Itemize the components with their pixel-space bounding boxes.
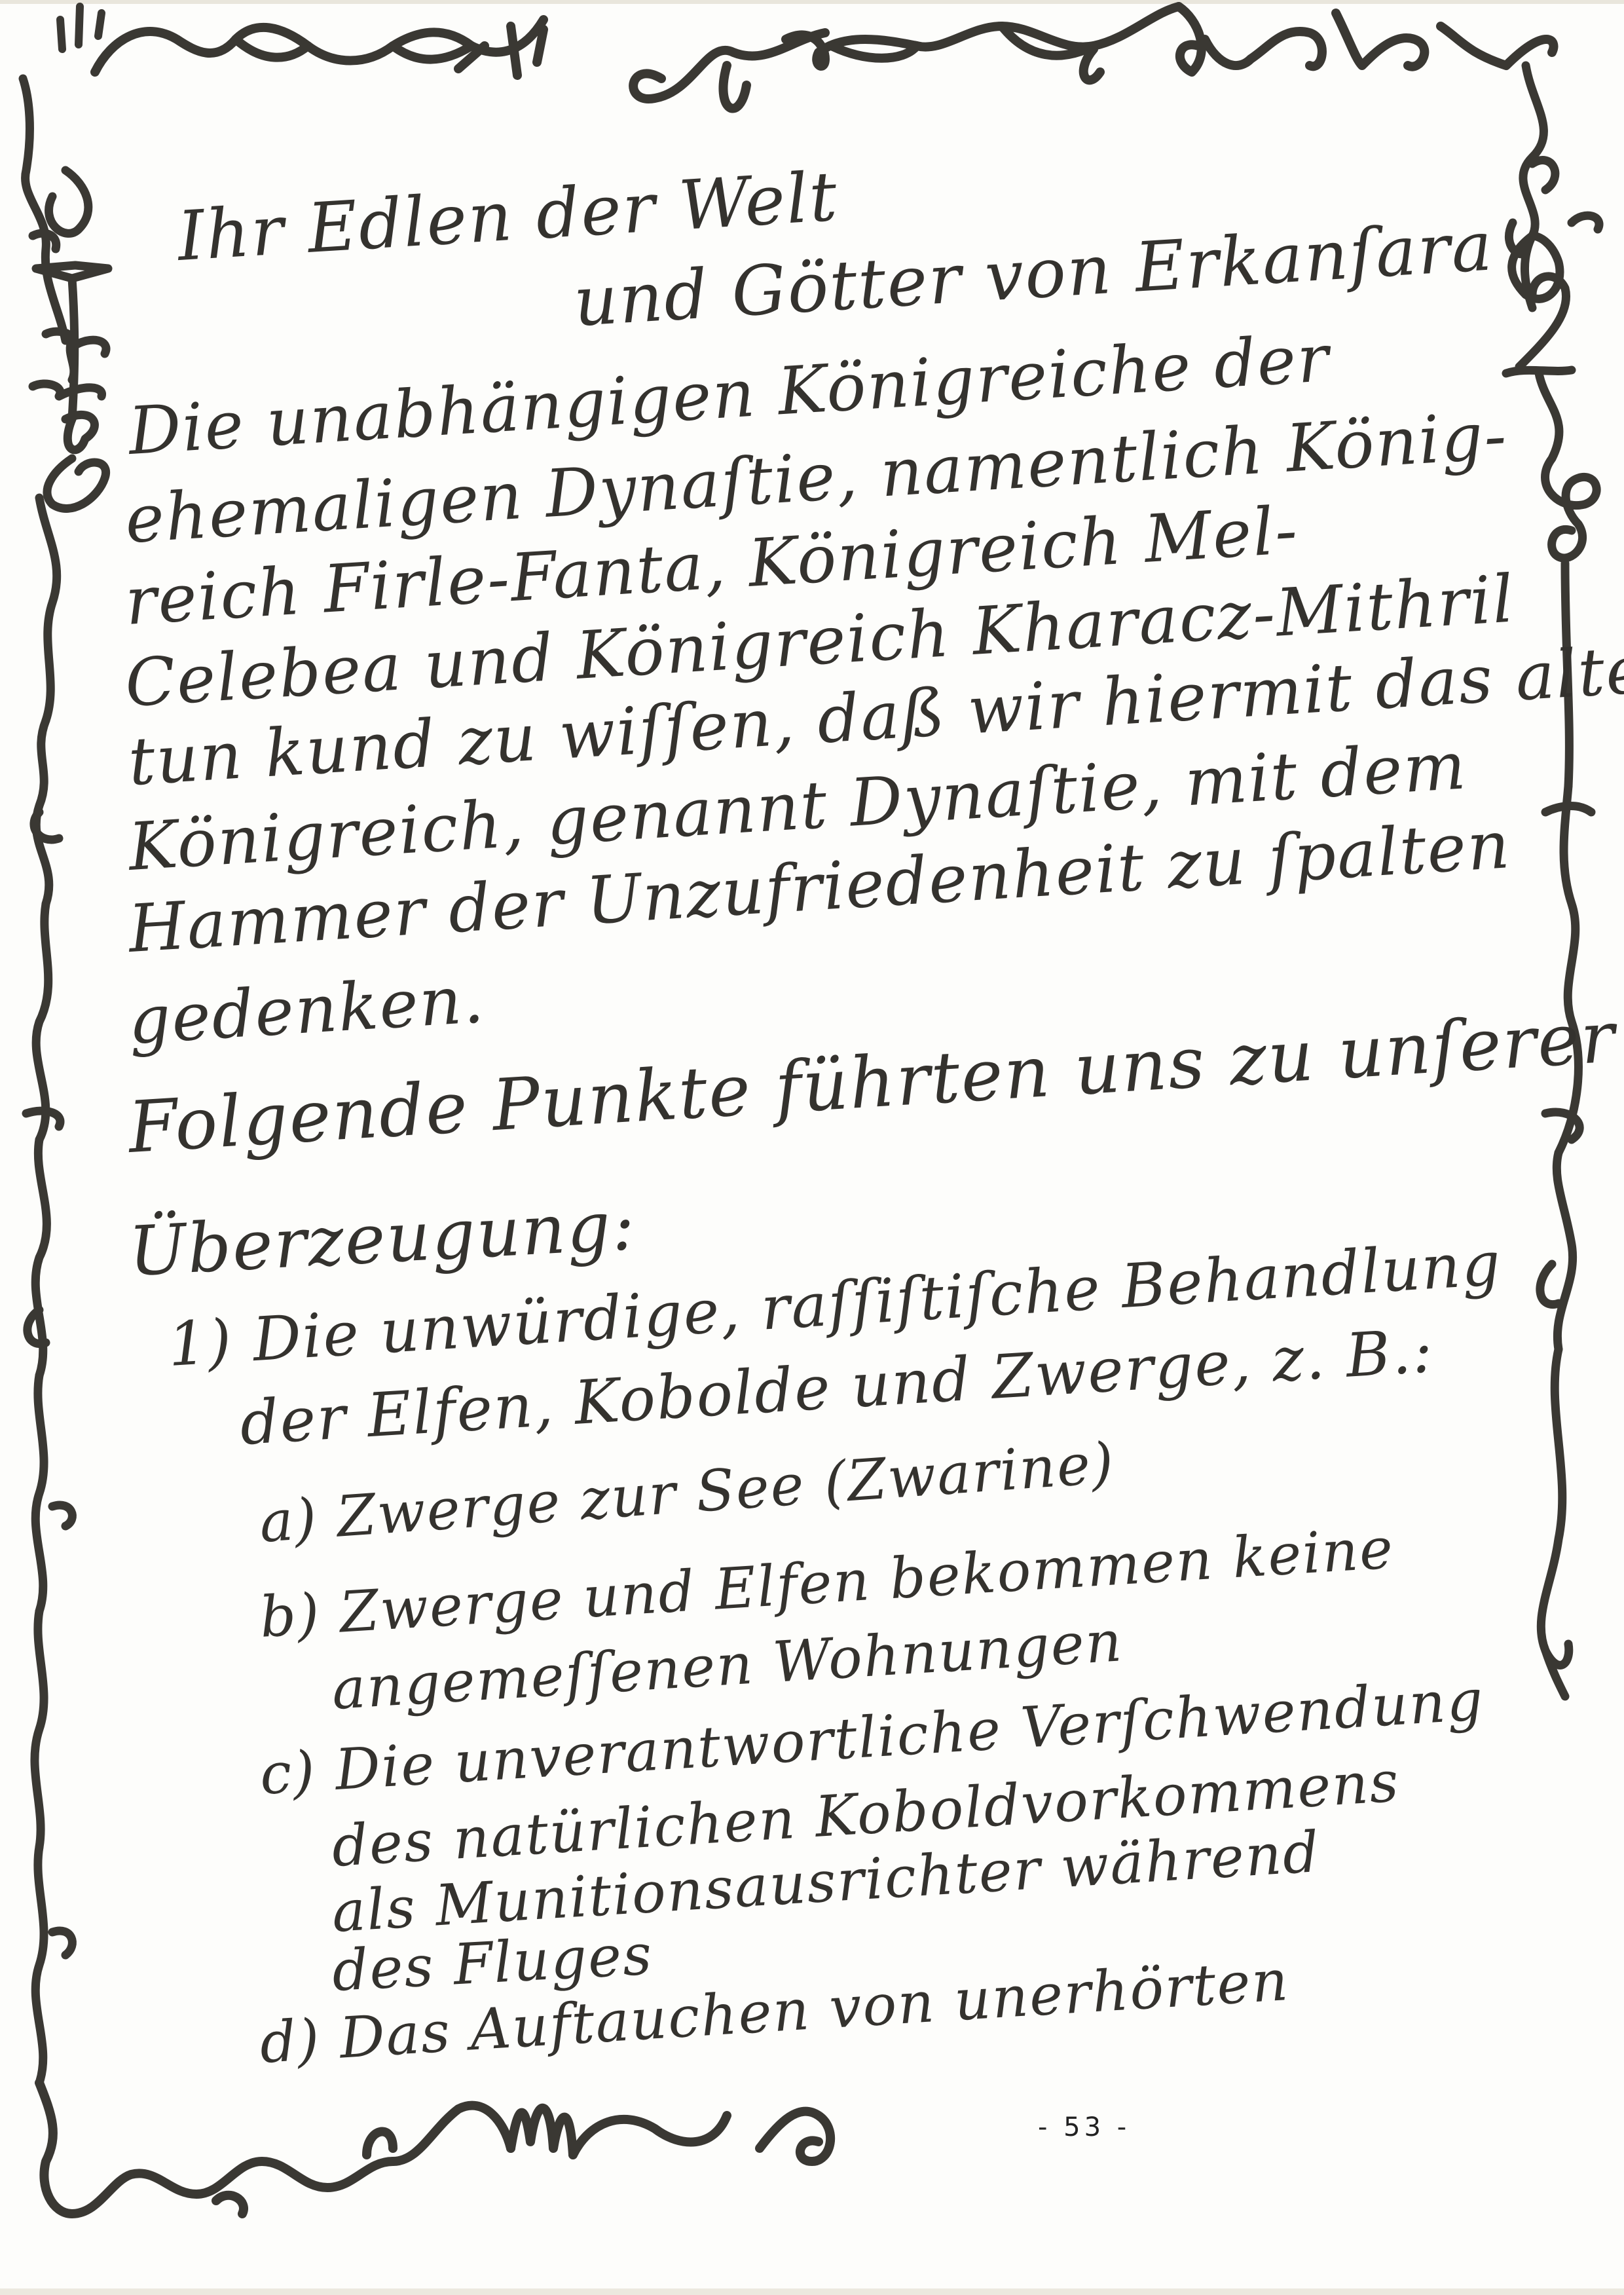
point-1-number: 1) bbox=[166, 1306, 234, 1380]
top-left-wave-ornament bbox=[95, 20, 544, 75]
top-middle-curl-ornament bbox=[633, 33, 825, 109]
left-vertical-vine-ornament bbox=[23, 79, 108, 2083]
top-left-strokes-ornament bbox=[60, 7, 101, 49]
right-vertical-vine-ornament bbox=[1506, 65, 1599, 1696]
bottom-wave-ornament bbox=[39, 2083, 830, 2214]
subpoint-d-label: d) bbox=[258, 2007, 323, 2076]
subpoint-c-label: c) bbox=[258, 1739, 318, 1808]
top-right-wave-ornament bbox=[786, 7, 1553, 80]
document-page: Ihr Edlen der Welt und Götter von Erkanſ… bbox=[0, 0, 1624, 2295]
subpoint-a-label: a) bbox=[257, 1486, 320, 1556]
subpoint-b-label: b) bbox=[258, 1582, 323, 1651]
page-number: - 53 - bbox=[1038, 2112, 1130, 2142]
scan-edge-bottom bbox=[0, 2288, 1624, 2295]
